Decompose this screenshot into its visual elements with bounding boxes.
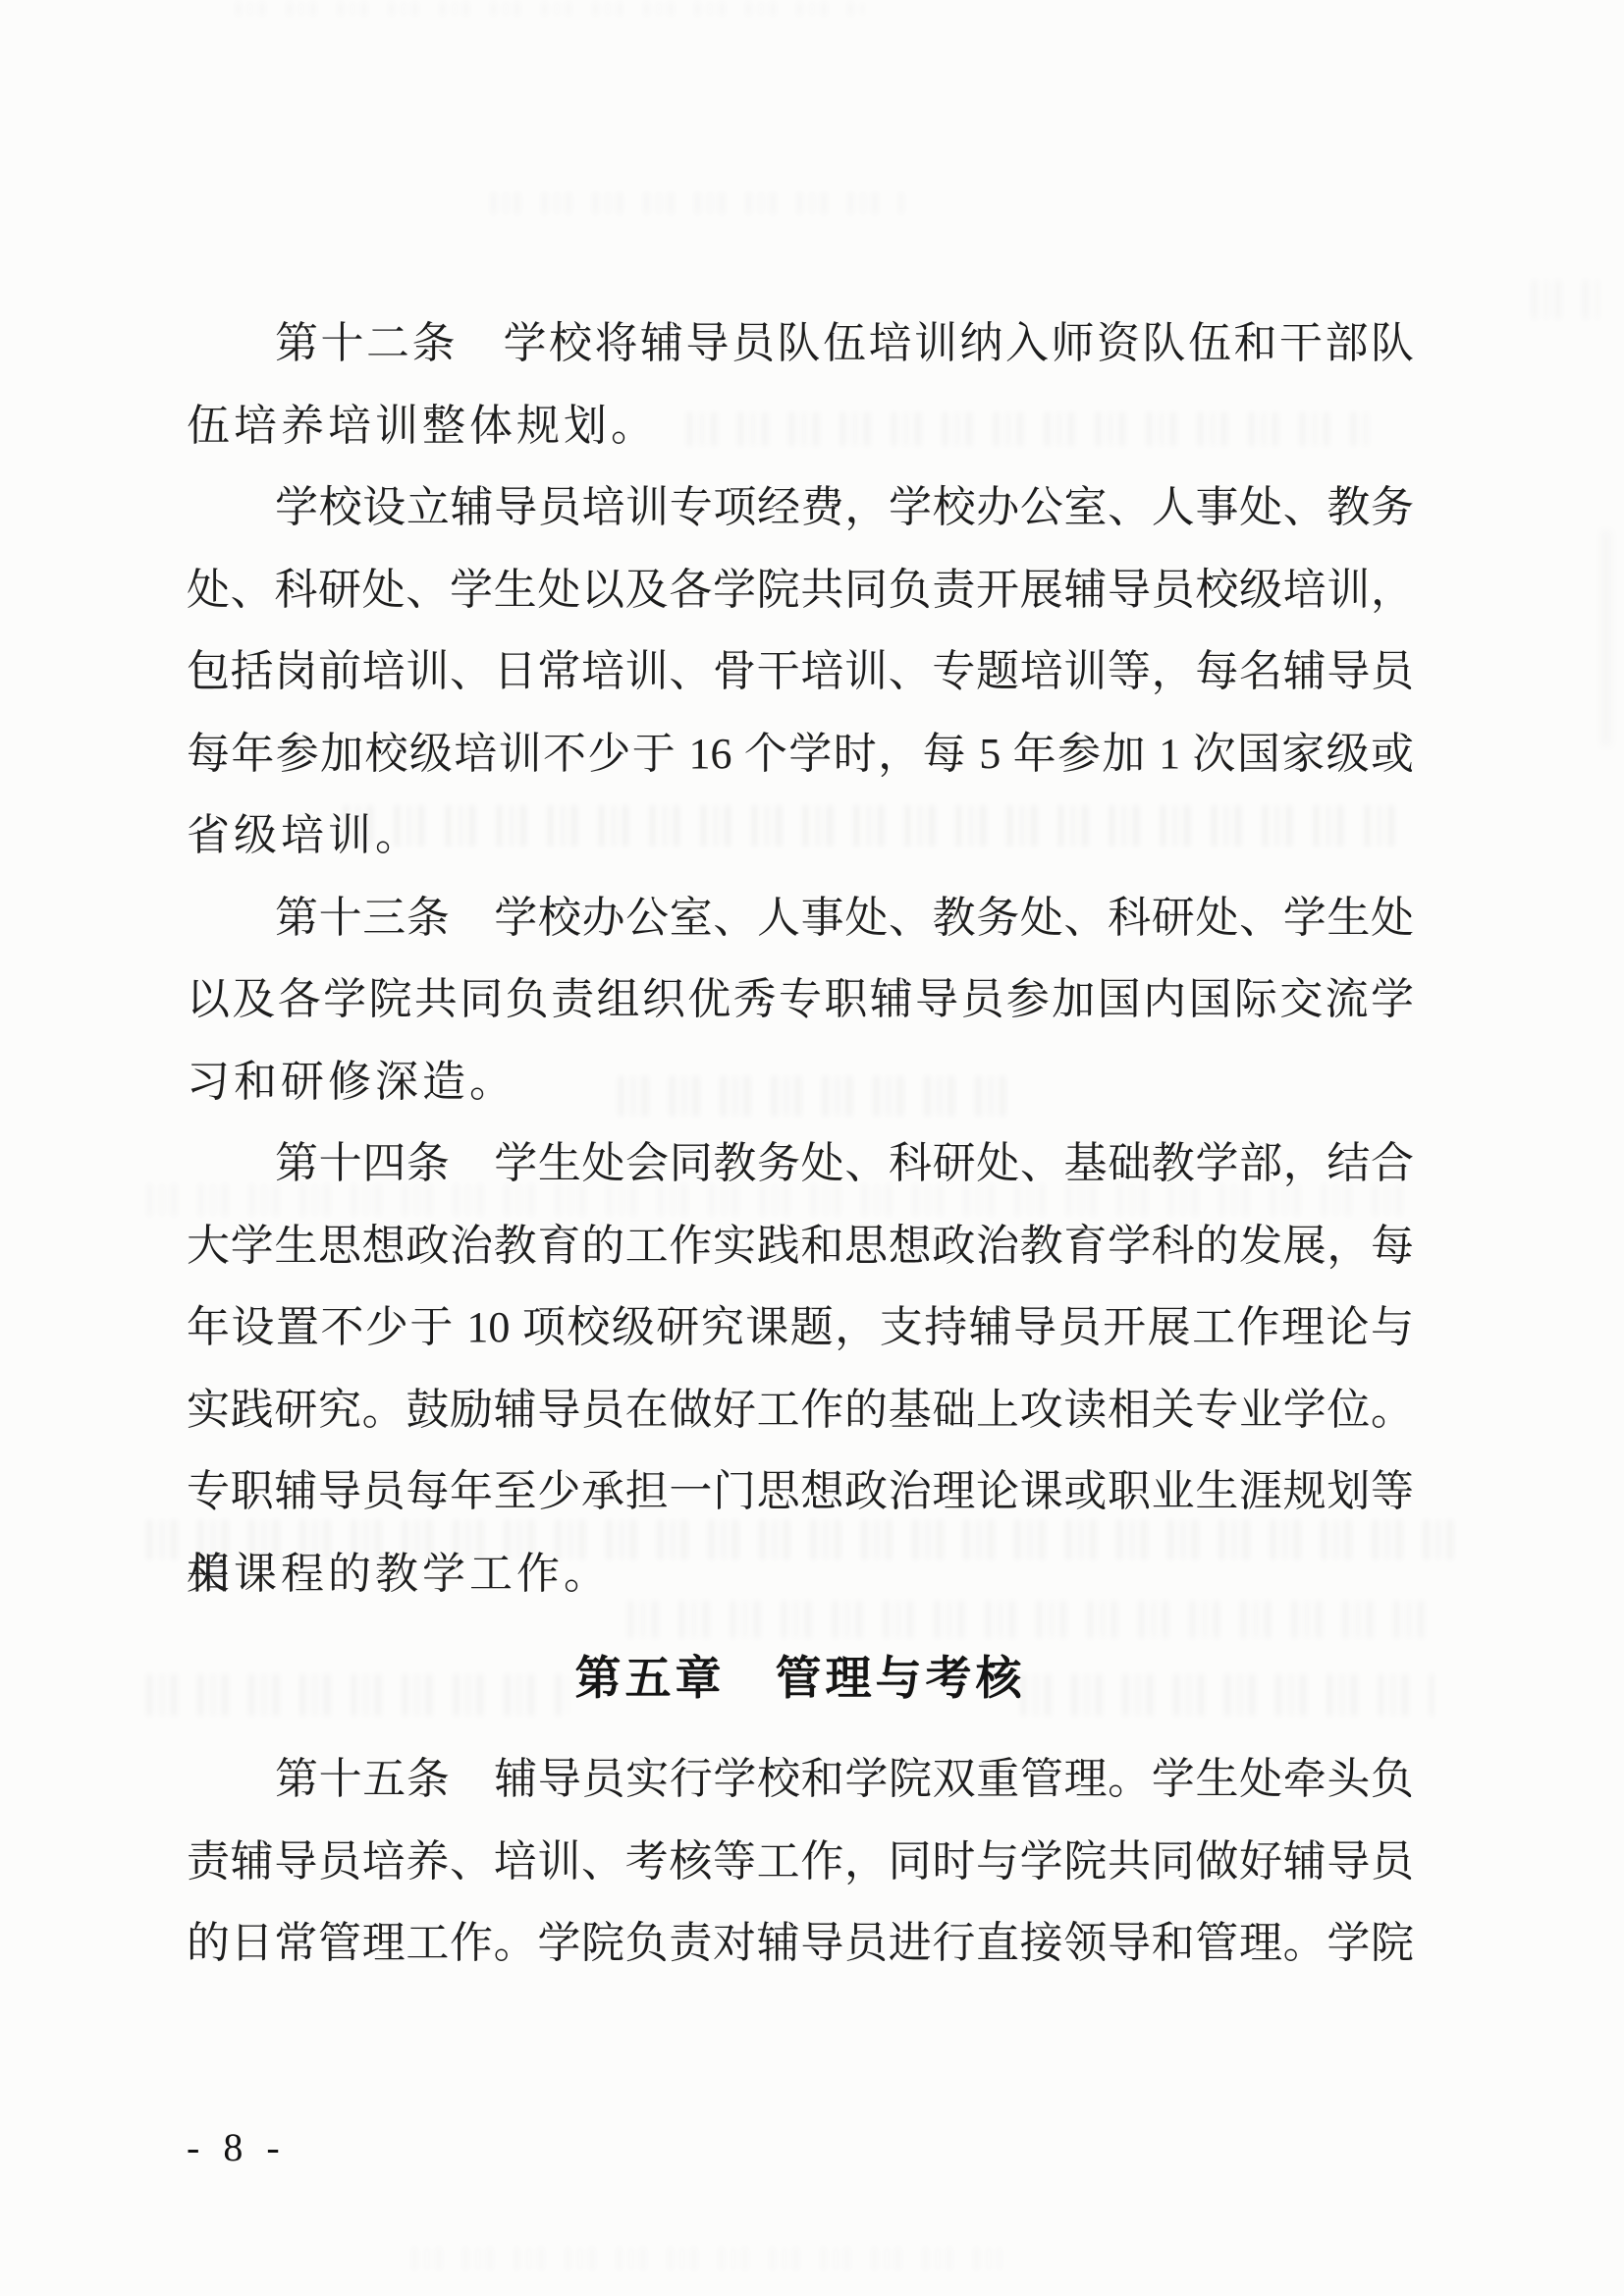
body-line: 第十三条 学校办公室、人事处、教务处、科研处、学生处 — [187, 877, 1414, 959]
body-line: 实践研究。鼓励辅导员在做好工作的基础上攻读相关专业学位。 — [187, 1369, 1414, 1451]
body-text-block: 第十二条 学校将辅导员队伍培训纳入师资队伍和干部队 伍培养培训整体规划。 学校设… — [187, 302, 1414, 1614]
bleed-through-artifact — [412, 2247, 1001, 2270]
body-line: 大学生思想政治教育的工作实践和思想政治教育学科的发展，每 — [187, 1205, 1414, 1287]
body-line: 关课程的教学工作。 — [187, 1533, 1414, 1615]
body-line: 习和研修深造。 — [187, 1041, 1414, 1123]
bleed-through-artifact — [236, 2, 864, 16]
body-line: 每年参加校级培训不少于 16 个学时，每 5 年参加 1 次国家级或 — [187, 713, 1414, 795]
body-line: 责辅导员培养、培训、考核等工作，同时与学院共同做好辅导员 — [187, 1821, 1414, 1903]
body-line: 第十四条 学生处会同教务处、科研处、基础教学部，结合 — [187, 1122, 1414, 1205]
bleed-through-artifact — [491, 192, 903, 214]
body-line: 学校设立辅导员培训专项经费，学校办公室、人事处、教务 — [187, 466, 1414, 549]
body-line: 年设置不少于 10 项校级研究课题，支持辅导员开展工作理论与 — [187, 1286, 1414, 1369]
body-line: 包括岗前培训、日常培训、骨干培训、专题培训等，每名辅导员 — [187, 630, 1414, 713]
document-page: 第十二条 学校将辅导员队伍培训纳入师资队伍和干部队 伍培养培训整体规划。 学校设… — [0, 0, 1624, 2296]
body-line: 处、科研处、学生处以及各学院共同负责开展辅导员校级培训， — [187, 549, 1414, 631]
bleed-through-artifact — [1600, 530, 1612, 746]
page-number: - 8 - — [187, 2124, 287, 2170]
body-line: 以及各学院共同负责组织优秀专职辅导员参加国内国际交流学 — [187, 958, 1414, 1041]
body-line: 第十五条 辅导员实行学校和学院双重管理。学生处牵头负 — [187, 1738, 1414, 1821]
body-line: 的日常管理工作。学院负责对辅导员进行直接领导和管理。学院 — [187, 1902, 1414, 1985]
chapter-heading: 第五章 管理与考核 — [187, 1648, 1414, 1709]
body-line: 第十二条 学校将辅导员队伍培训纳入师资队伍和干部队 — [187, 302, 1414, 385]
body-text-block: 第十五条 辅导员实行学校和学院双重管理。学生处牵头负 责辅导员培养、培训、考核等… — [187, 1738, 1414, 1985]
bleed-through-artifact — [1532, 280, 1600, 319]
body-line: 伍培养培训整体规划。 — [187, 385, 1414, 467]
body-line: 专职辅导员每年至少承担一门思想政治理论课或职业生涯规划等相 — [187, 1450, 1414, 1533]
body-line: 省级培训。 — [187, 794, 1414, 877]
